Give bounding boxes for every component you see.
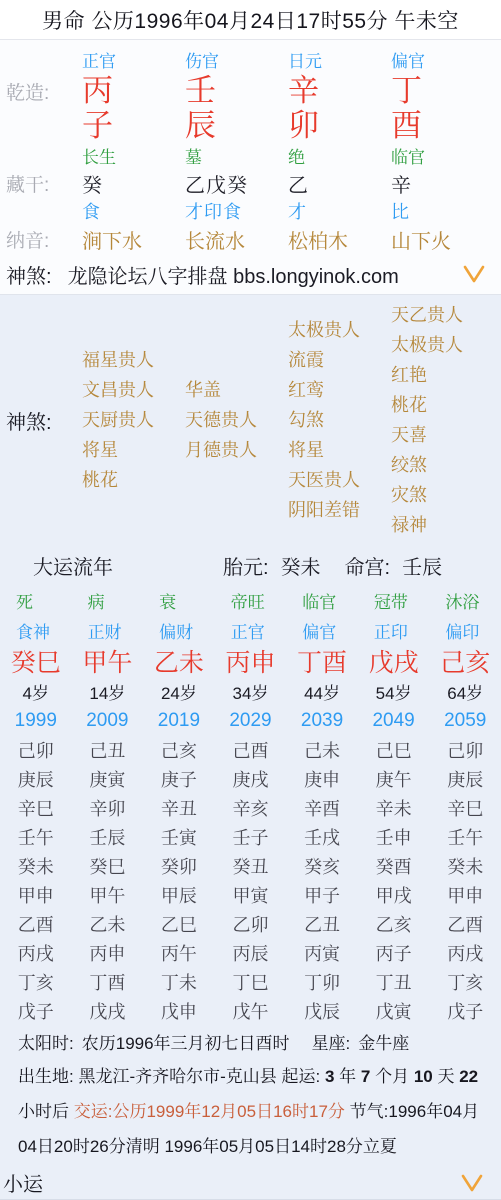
hidden-stems-day: 乙 [288, 168, 391, 198]
liunian-cell: 癸丑 [215, 851, 287, 880]
shensha-item: 将星 [288, 435, 391, 465]
liunian-cell: 丙戌 [0, 938, 72, 967]
liunian-cell: 癸未 [429, 851, 501, 880]
minor-gods-year: 食 [82, 198, 185, 224]
liunian-cell: 庚申 [286, 764, 358, 793]
spacer [0, 142, 82, 168]
tengod-year: 正官 [82, 48, 185, 72]
pillars-grid: 正官 伤官 日元 偏官 乾造: 丙 壬 辛 丁 子 辰 卯 酉 长生 墓 绝 临… [0, 40, 501, 254]
liunian-cell: 甲戌 [358, 880, 430, 909]
liunian-cell: 辛未 [358, 793, 430, 822]
shensha-item: 文昌贵人 [82, 375, 185, 405]
expand-chevron-icon[interactable] [459, 1172, 485, 1194]
shensha-item: 华盖 [185, 375, 288, 405]
liunian-cell: 庚子 [143, 764, 215, 793]
liunian-cell: 癸亥 [286, 851, 358, 880]
shensha-item: 太极贵人 [288, 315, 391, 345]
dayun-ganzhi[interactable]: 乙未 [143, 645, 215, 677]
shensha-item: 勾煞 [288, 405, 391, 435]
dayun-header-row: 大运流年 胎元:癸未 命宫:壬辰 [0, 545, 501, 585]
qiyun-months-unit: 个月 [375, 1067, 409, 1086]
taiyuan: 胎元:癸未 [223, 551, 321, 580]
liunian-cell: 己卯 [429, 735, 501, 764]
liunian-cell: 丁酉 [72, 967, 144, 996]
qiyun-days-unit: 天 [437, 1067, 454, 1086]
liunian-grid: 己卯 己丑 己亥 己酉 己未 己巳 己卯 庚辰 庚寅 庚子 庚戌 庚申 庚午 庚… [0, 735, 501, 1025]
dayun-tengod: 正财 [72, 615, 144, 645]
stage-hour: 临官 [391, 142, 494, 168]
dayun-ganzhi[interactable]: 癸巳 [0, 645, 72, 677]
site-link-text[interactable]: 龙隐论坛八字排盘 bbs.longyinok.com [68, 260, 461, 289]
liunian-cell: 丙辰 [215, 938, 287, 967]
dayun-tengod: 偏财 [143, 615, 215, 645]
shensha-item: 桃花 [82, 465, 185, 495]
liunian-cell: 丙寅 [286, 938, 358, 967]
dayun-ganzhi[interactable]: 己亥 [429, 645, 501, 677]
spacer [0, 198, 82, 224]
dayun-year: 2049 [358, 706, 430, 735]
dayun-age: 24岁 [143, 677, 215, 706]
liunian-cell: 壬申 [358, 822, 430, 851]
solar-time-label: 太阳时: [18, 1029, 74, 1054]
branch-year: 子 [82, 108, 185, 142]
shensha-item: 天乙贵人 [391, 300, 494, 330]
liunian-cell: 庚辰 [0, 764, 72, 793]
stem-month: 壬 [185, 72, 288, 108]
shensha-item: 灾煞 [391, 480, 494, 510]
shensha-item: 流霞 [288, 345, 391, 375]
solar-time-value: 农历1996年三月初七日酉时 [82, 1029, 290, 1054]
dayun-age: 54岁 [358, 677, 430, 706]
shensha-section: 神煞: 福星贵人 文昌贵人 天厨贵人 将星 桃花 华盖 天德贵人 月德贵人 太极… [0, 295, 501, 545]
liunian-cell: 丙申 [72, 938, 144, 967]
liunian-cell: 丁未 [143, 967, 215, 996]
tengod-month: 伤官 [185, 48, 288, 72]
dayun-ganzhi[interactable]: 戊戌 [358, 645, 430, 677]
tengod-hour: 偏官 [391, 48, 494, 72]
minor-gods-hour: 比 [391, 198, 494, 224]
shensha-item: 红艳 [391, 360, 494, 390]
liunian-cell: 庚戌 [215, 764, 287, 793]
liunian-cell: 戊午 [215, 996, 287, 1025]
liunian-cell: 己丑 [72, 735, 144, 764]
qiyun-years-unit: 年 [339, 1067, 356, 1086]
dayun-tengod: 正官 [215, 615, 287, 645]
liunian-cell: 壬戌 [286, 822, 358, 851]
spacer [0, 48, 82, 72]
dayun-age: 34岁 [215, 677, 287, 706]
liunian-cell: 己未 [286, 735, 358, 764]
liunian-cell: 乙亥 [358, 909, 430, 938]
dayun-ganzhi[interactable]: 丁酉 [286, 645, 358, 677]
liunian-cell: 辛丑 [143, 793, 215, 822]
liunian-cell: 戊申 [143, 996, 215, 1025]
dayun-grid: 死 病 衰 帝旺 临官 冠带 沐浴 食神 正财 偏财 正官 偏官 正印 偏印 癸… [0, 585, 501, 735]
stem-day: 辛 [288, 72, 391, 108]
dayun-age: 44岁 [286, 677, 358, 706]
dayun-year: 2059 [429, 706, 501, 735]
liunian-cell: 壬辰 [72, 822, 144, 851]
liunian-cell: 己巳 [358, 735, 430, 764]
stage-year: 长生 [82, 142, 185, 168]
dayun-tengod: 偏印 [429, 615, 501, 645]
qianzao-label: 乾造: [0, 72, 82, 142]
nayin-year: 涧下水 [82, 224, 185, 254]
hidden-stems-hour: 辛 [391, 168, 494, 198]
shensha-column-month: 华盖 天德贵人 月德贵人 [185, 375, 288, 465]
nayin-hour: 山下火 [391, 224, 494, 254]
liunian-cell: 乙酉 [429, 909, 501, 938]
dayun-year: 2029 [215, 706, 287, 735]
dayun-tengod: 偏官 [286, 615, 358, 645]
liunian-cell: 甲午 [72, 880, 144, 909]
liunian-cell: 壬寅 [143, 822, 215, 851]
dayun-ganzhi[interactable]: 甲午 [72, 645, 144, 677]
minggong-label: 命宫: [345, 557, 391, 579]
liunian-cell: 己卯 [0, 735, 72, 764]
shensha-item: 福星贵人 [82, 345, 185, 375]
jiaoyun-text: 交运:公历1999年12月05日16时17分 [74, 1102, 345, 1121]
liunian-cell: 乙未 [72, 909, 144, 938]
liunian-cell: 丙戌 [429, 938, 501, 967]
tengod-day: 日元 [288, 48, 391, 72]
liunian-cell: 乙丑 [286, 909, 358, 938]
liunian-cell: 戊戌 [72, 996, 144, 1025]
liunian-cell: 丁卯 [286, 967, 358, 996]
liunian-cell: 戊寅 [358, 996, 430, 1025]
dayun-title: 大运流年 [33, 551, 113, 580]
minggong: 命宫:壬辰 [345, 551, 443, 580]
zodiac-label: 星座: [312, 1029, 351, 1054]
dayun-stage: 死 [0, 585, 72, 615]
qiyun-months: 7 [361, 1067, 370, 1086]
qiyun-hours: 22 [459, 1067, 478, 1086]
taiyuan-value: 癸未 [281, 557, 321, 579]
liunian-cell: 丁巳 [215, 967, 287, 996]
liunian-cell: 庚午 [358, 764, 430, 793]
pillars-panel: 正官 伤官 日元 偏官 乾造: 丙 壬 辛 丁 子 辰 卯 酉 长生 墓 绝 临… [0, 40, 501, 295]
shensha-item: 将星 [82, 435, 185, 465]
liunian-cell: 癸未 [0, 851, 72, 880]
dayun-year: 1999 [0, 706, 72, 735]
dayun-stage: 病 [72, 585, 144, 615]
branch-hour: 酉 [391, 108, 494, 142]
dayun-tengod: 食神 [0, 615, 72, 645]
liunian-cell: 癸酉 [358, 851, 430, 880]
liunian-cell: 辛酉 [286, 793, 358, 822]
liunian-cell: 甲辰 [143, 880, 215, 909]
solar-time-row: 太阳时: 农历1996年三月初七日酉时 星座: 金牛座 [0, 1025, 501, 1057]
shensha-column-year: 福星贵人 文昌贵人 天厨贵人 将星 桃花 [82, 345, 185, 495]
shensha-item: 天德贵人 [185, 405, 288, 435]
shensha-item: 红鸾 [288, 375, 391, 405]
liunian-cell: 甲申 [0, 880, 72, 909]
liunian-cell: 己酉 [215, 735, 287, 764]
branch-month: 辰 [185, 108, 288, 142]
dayun-age: 64岁 [429, 677, 501, 706]
liunian-cell: 辛亥 [215, 793, 287, 822]
dayun-age: 4岁 [0, 677, 72, 706]
hidden-stems-year: 癸 [82, 168, 185, 198]
liunian-cell: 癸卯 [143, 851, 215, 880]
hidden-stems-month: 乙戊癸 [185, 168, 288, 198]
liunian-cell: 丁亥 [429, 967, 501, 996]
shensha-site-bar[interactable]: 神煞: 龙隐论坛八字排盘 bbs.longyinok.com [0, 254, 501, 294]
shensha-item: 桃花 [391, 390, 494, 420]
dayun-age: 14岁 [72, 677, 144, 706]
liunian-cell: 己亥 [143, 735, 215, 764]
dayun-stage: 沐浴 [429, 585, 501, 615]
dayun-year: 2039 [286, 706, 358, 735]
stage-day: 绝 [288, 142, 391, 168]
liunian-cell: 甲子 [286, 880, 358, 909]
birthplace-and-qiyun: 出生地: 黑龙江-齐齐哈尔市-克山县 起运: [18, 1067, 320, 1086]
liunian-cell: 丙午 [143, 938, 215, 967]
xiaoyun-row[interactable]: 小运 [0, 1166, 501, 1200]
expand-chevron-icon[interactable] [461, 263, 487, 285]
shensha-item: 月德贵人 [185, 435, 288, 465]
liunian-cell: 辛巳 [429, 793, 501, 822]
shensha-item: 天喜 [391, 420, 494, 450]
liunian-cell: 戊辰 [286, 996, 358, 1025]
birth-info: 出生地: 黑龙江-齐齐哈尔市-克山县 起运: 3 年 7 个月 10 天 22 … [0, 1057, 501, 1164]
qiyun-days: 10 [414, 1067, 433, 1086]
liunian-cell: 壬午 [429, 822, 501, 851]
liunian-cell: 戊子 [0, 996, 72, 1025]
shensha-bar-label: 神煞: [6, 260, 52, 289]
dayun-stage: 临官 [286, 585, 358, 615]
stage-month: 墓 [185, 142, 288, 168]
liunian-cell: 乙卯 [215, 909, 287, 938]
liunian-cell: 乙酉 [0, 909, 72, 938]
xiaoyun-label: 小运 [3, 1168, 43, 1197]
minor-gods-day: 才 [288, 198, 391, 224]
dayun-stage: 冠带 [358, 585, 430, 615]
liunian-cell: 丁丑 [358, 967, 430, 996]
shensha-item: 天厨贵人 [82, 405, 185, 435]
dayun-stage: 衰 [143, 585, 215, 615]
bazi-chart-page: 男命 公历1996年04月24日17时55分 午未空 正官 伤官 日元 偏官 乾… [0, 0, 501, 1200]
nayin-day: 松柏木 [288, 224, 391, 254]
nayin-label: 纳音: [0, 224, 82, 254]
liunian-cell: 丁亥 [0, 967, 72, 996]
dayun-ganzhi[interactable]: 丙申 [215, 645, 287, 677]
shensha-label: 神煞: [0, 406, 82, 435]
page-title: 男命 公历1996年04月24日17时55分 午未空 [0, 0, 501, 40]
shensha-item: 天医贵人 [288, 465, 391, 495]
zodiac-value: 金牛座 [358, 1029, 409, 1054]
dayun-stage: 帝旺 [215, 585, 287, 615]
minor-gods-month: 才印食 [185, 198, 288, 224]
liunian-cell: 辛卯 [72, 793, 144, 822]
branch-day: 卯 [288, 108, 391, 142]
shensha-column-day: 太极贵人 流霞 红鸾 勾煞 将星 天医贵人 阴阳差错 [288, 315, 391, 525]
dayun-tengod: 正印 [358, 615, 430, 645]
dayun-year: 2019 [143, 706, 215, 735]
shensha-item: 太极贵人 [391, 330, 494, 360]
liunian-cell: 甲寅 [215, 880, 287, 909]
dayun-year: 2009 [72, 706, 144, 735]
liunian-cell: 庚寅 [72, 764, 144, 793]
nayin-month: 长流水 [185, 224, 288, 254]
liunian-cell: 甲申 [429, 880, 501, 909]
liunian-cell: 乙巳 [143, 909, 215, 938]
canggan-label: 藏干: [0, 168, 82, 198]
minggong-value: 壬辰 [402, 557, 442, 579]
stem-hour: 丁 [391, 72, 494, 108]
liunian-cell: 壬子 [215, 822, 287, 851]
shensha-item: 阴阳差错 [288, 495, 391, 525]
liunian-cell: 癸巳 [72, 851, 144, 880]
shensha-column-hour: 天乙贵人 太极贵人 红艳 桃花 天喜 绞煞 灾煞 禄神 [391, 300, 494, 540]
liunian-cell: 辛巳 [0, 793, 72, 822]
liunian-cell: 戊子 [429, 996, 501, 1025]
stem-year: 丙 [82, 72, 185, 108]
qiyun-hours-unit: 小时后 [18, 1102, 69, 1121]
liunian-cell: 丙子 [358, 938, 430, 967]
liunian-cell: 壬午 [0, 822, 72, 851]
taiyuan-label: 胎元: [223, 557, 269, 579]
liunian-cell: 庚辰 [429, 764, 501, 793]
qiyun-years: 3 [325, 1067, 334, 1086]
shensha-item: 绞煞 [391, 450, 494, 480]
shensha-item: 禄神 [391, 510, 494, 540]
